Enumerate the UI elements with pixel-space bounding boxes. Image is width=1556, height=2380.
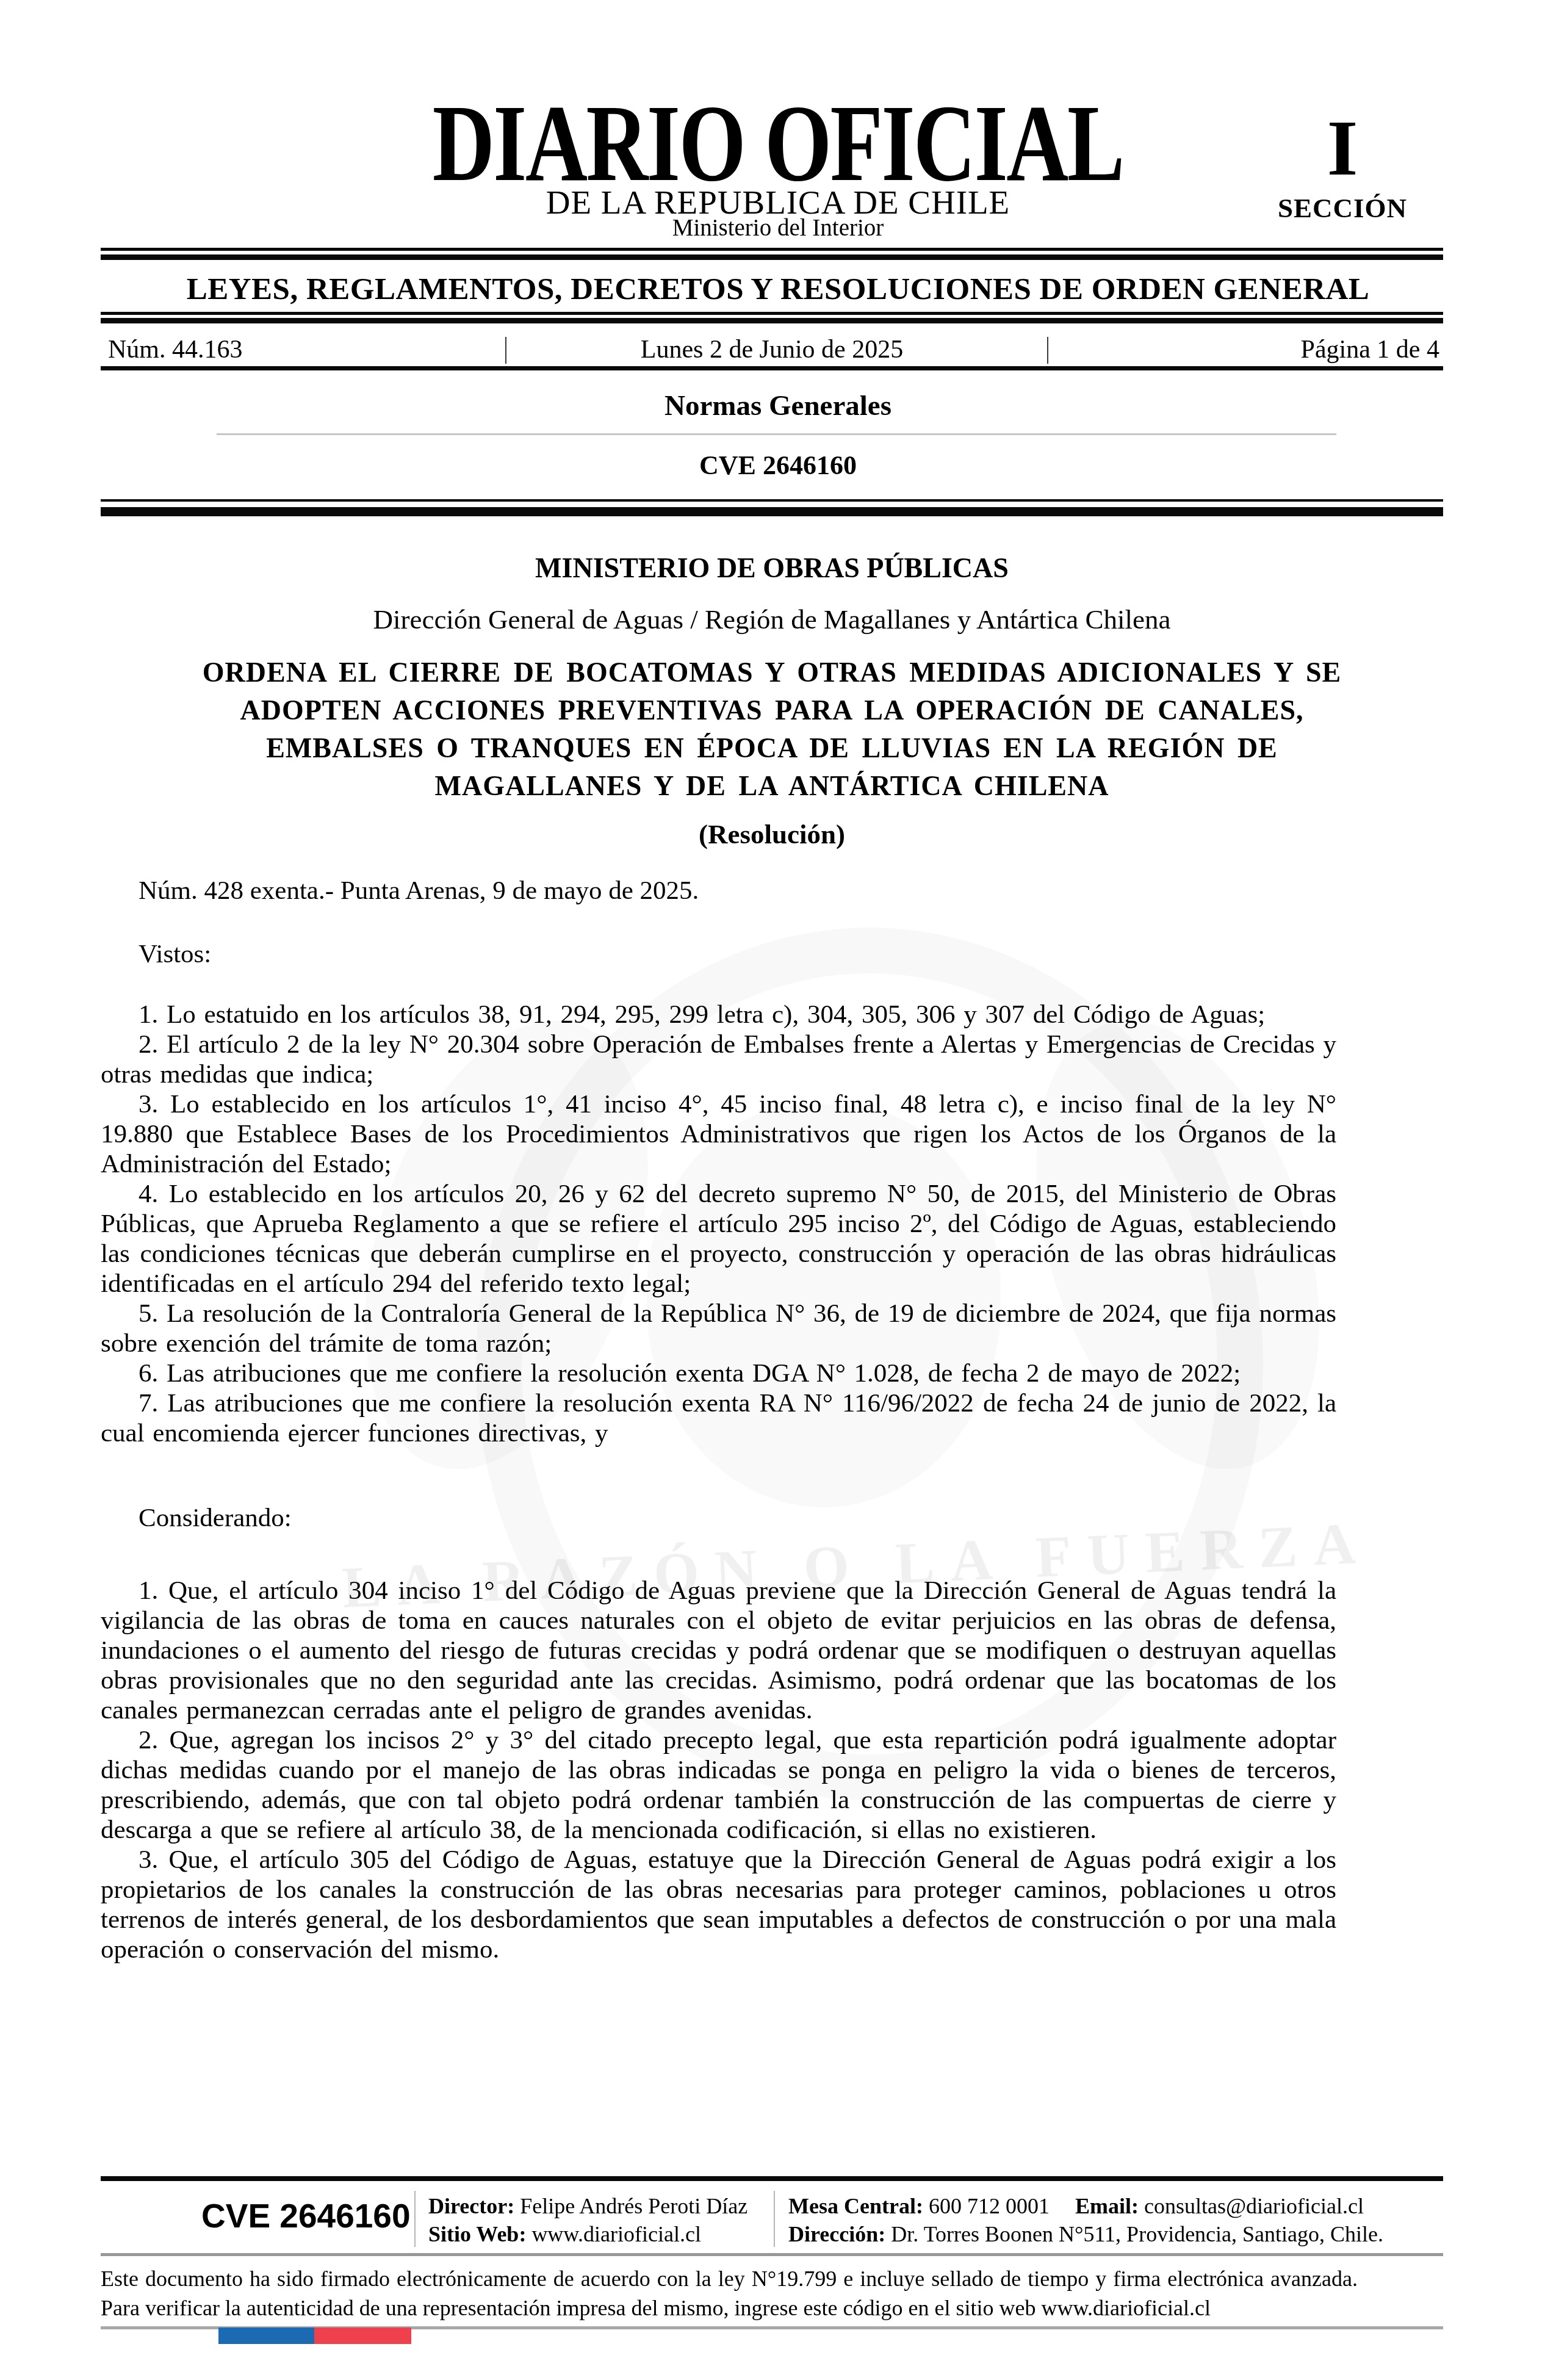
email-value: consultas@diarioficial.cl [1144,2194,1364,2218]
category-heading: Normas Generales [0,389,1556,422]
vistos-item: 3. Lo establecido en los artículos 1°, 4… [101,1089,1336,1179]
double-rule-top-1 [101,248,1443,251]
flag-bar-red [314,2328,411,2344]
document-body: MINISTERIO DE OBRAS PÚBLICAS Dirección G… [101,552,1443,1964]
footer-phone-email-line: Mesa Central: 600 712 0001Email: consult… [788,2192,1383,2220]
banner-heading: LEYES, REGLAMENTOS, DECRETOS Y RESOLUCIO… [0,272,1556,306]
flag-bar-blue [218,2328,314,2344]
considerando-item: 2. Que, agregan los incisos 2° y 3° del … [101,1725,1336,1845]
double-rule-mid-2 [101,318,1443,323]
address-label: Dirección: [788,2222,885,2246]
category-divider [217,433,1336,435]
director-label: Director: [428,2194,514,2218]
considerando-label: Considerando: [101,1503,1443,1533]
cve-code-heading: CVE 2646160 [0,450,1556,481]
email-label: Email: [1075,2194,1139,2218]
doc-ministry: MINISTERIO DE OBRAS PÚBLICAS [101,552,1443,584]
address-value: Dr. Torres Boonen N°511, Providencia, Sa… [891,2222,1383,2246]
vistos-list: 1. Lo estatuido en los artículos 38, 91,… [101,1000,1336,1448]
double-rule-cve-thin [101,499,1443,502]
resolution-number-line: Núm. 428 exenta.- Punta Arenas, 9 de may… [101,876,1336,906]
issue-info-row: Núm. 44.163 Lunes 2 de Junio de 2025 Pág… [101,334,1443,366]
gazette-page: LA RAZÓN O LA FUERZA DIARIO OFICIAL DE L… [0,0,1556,2380]
phone-label: Mesa Central: [788,2194,923,2218]
section-numeral: I [1272,109,1413,188]
vistos-item: 4. Lo establecido en los artículos 20, 2… [101,1179,1336,1299]
considerando-item: 3. Que, el artículo 305 del Código de Ag… [101,1845,1336,1964]
footer-director-block: Director: Felipe Andrés Peroti Díaz Siti… [428,2192,747,2248]
director-value: Felipe Andrés Peroti Díaz [520,2194,747,2218]
footer-website-line: Sitio Web: www.diarioficial.cl [428,2220,747,2248]
footer-director-line: Director: Felipe Andrés Peroti Díaz [428,2192,747,2220]
vistos-item: 7. Las atribuciones que me confiere la r… [101,1388,1336,1448]
phone-value: 600 712 0001 [929,2194,1050,2218]
footer-divider-1 [414,2191,416,2247]
vistos-item: 6. Las atribuciones que me confiere la r… [101,1358,1336,1388]
footer-contact-block: Mesa Central: 600 712 0001Email: consult… [788,2192,1383,2248]
issue-page: Página 1 de 4 [1301,334,1439,365]
issue-separator-right [1047,337,1048,364]
single-rule-below-info [101,366,1443,370]
website-value: www.diarioficial.cl [531,2222,701,2246]
vistos-item: 1. Lo estatuido en los artículos 38, 91,… [101,1000,1336,1030]
footer-rule-gray-upper [101,2253,1443,2256]
vistos-item: 5. La resolución de la Contraloría Gener… [101,1299,1336,1358]
considerando-list: 1. Que, el artículo 304 inciso 1° del Có… [101,1576,1336,1964]
double-rule-mid-1 [101,312,1443,315]
section-label: SECCIÓN [1259,193,1426,223]
website-label: Sitio Web: [428,2222,526,2246]
footer-address-line: Dirección: Dr. Torres Boonen N°511, Prov… [788,2220,1383,2248]
footer-disclaimer: Este documento ha sido firmado electróni… [101,2264,1358,2323]
doc-title: ORDENA EL CIERRE DE BOCATOMAS Y OTRAS ME… [101,654,1443,805]
vistos-item: 2. El artículo 2 de la ley N° 20.304 sob… [101,1030,1336,1089]
footer-rule-top [101,2176,1443,2181]
footer-cve-code: CVE 2646160 [201,2198,411,2234]
considerando-item: 1. Que, el artículo 304 inciso 1° del Có… [101,1576,1336,1725]
issue-date: Lunes 2 de Junio de 2025 [101,334,1443,365]
doc-division: Dirección General de Aguas / Región de M… [101,604,1443,635]
vistos-label: Vistos: [101,939,1443,969]
footer-divider-2 [774,2191,775,2247]
double-rule-top-2 [101,254,1443,260]
double-rule-cve-thick [101,507,1443,516]
doc-type: (Resolución) [101,818,1443,850]
